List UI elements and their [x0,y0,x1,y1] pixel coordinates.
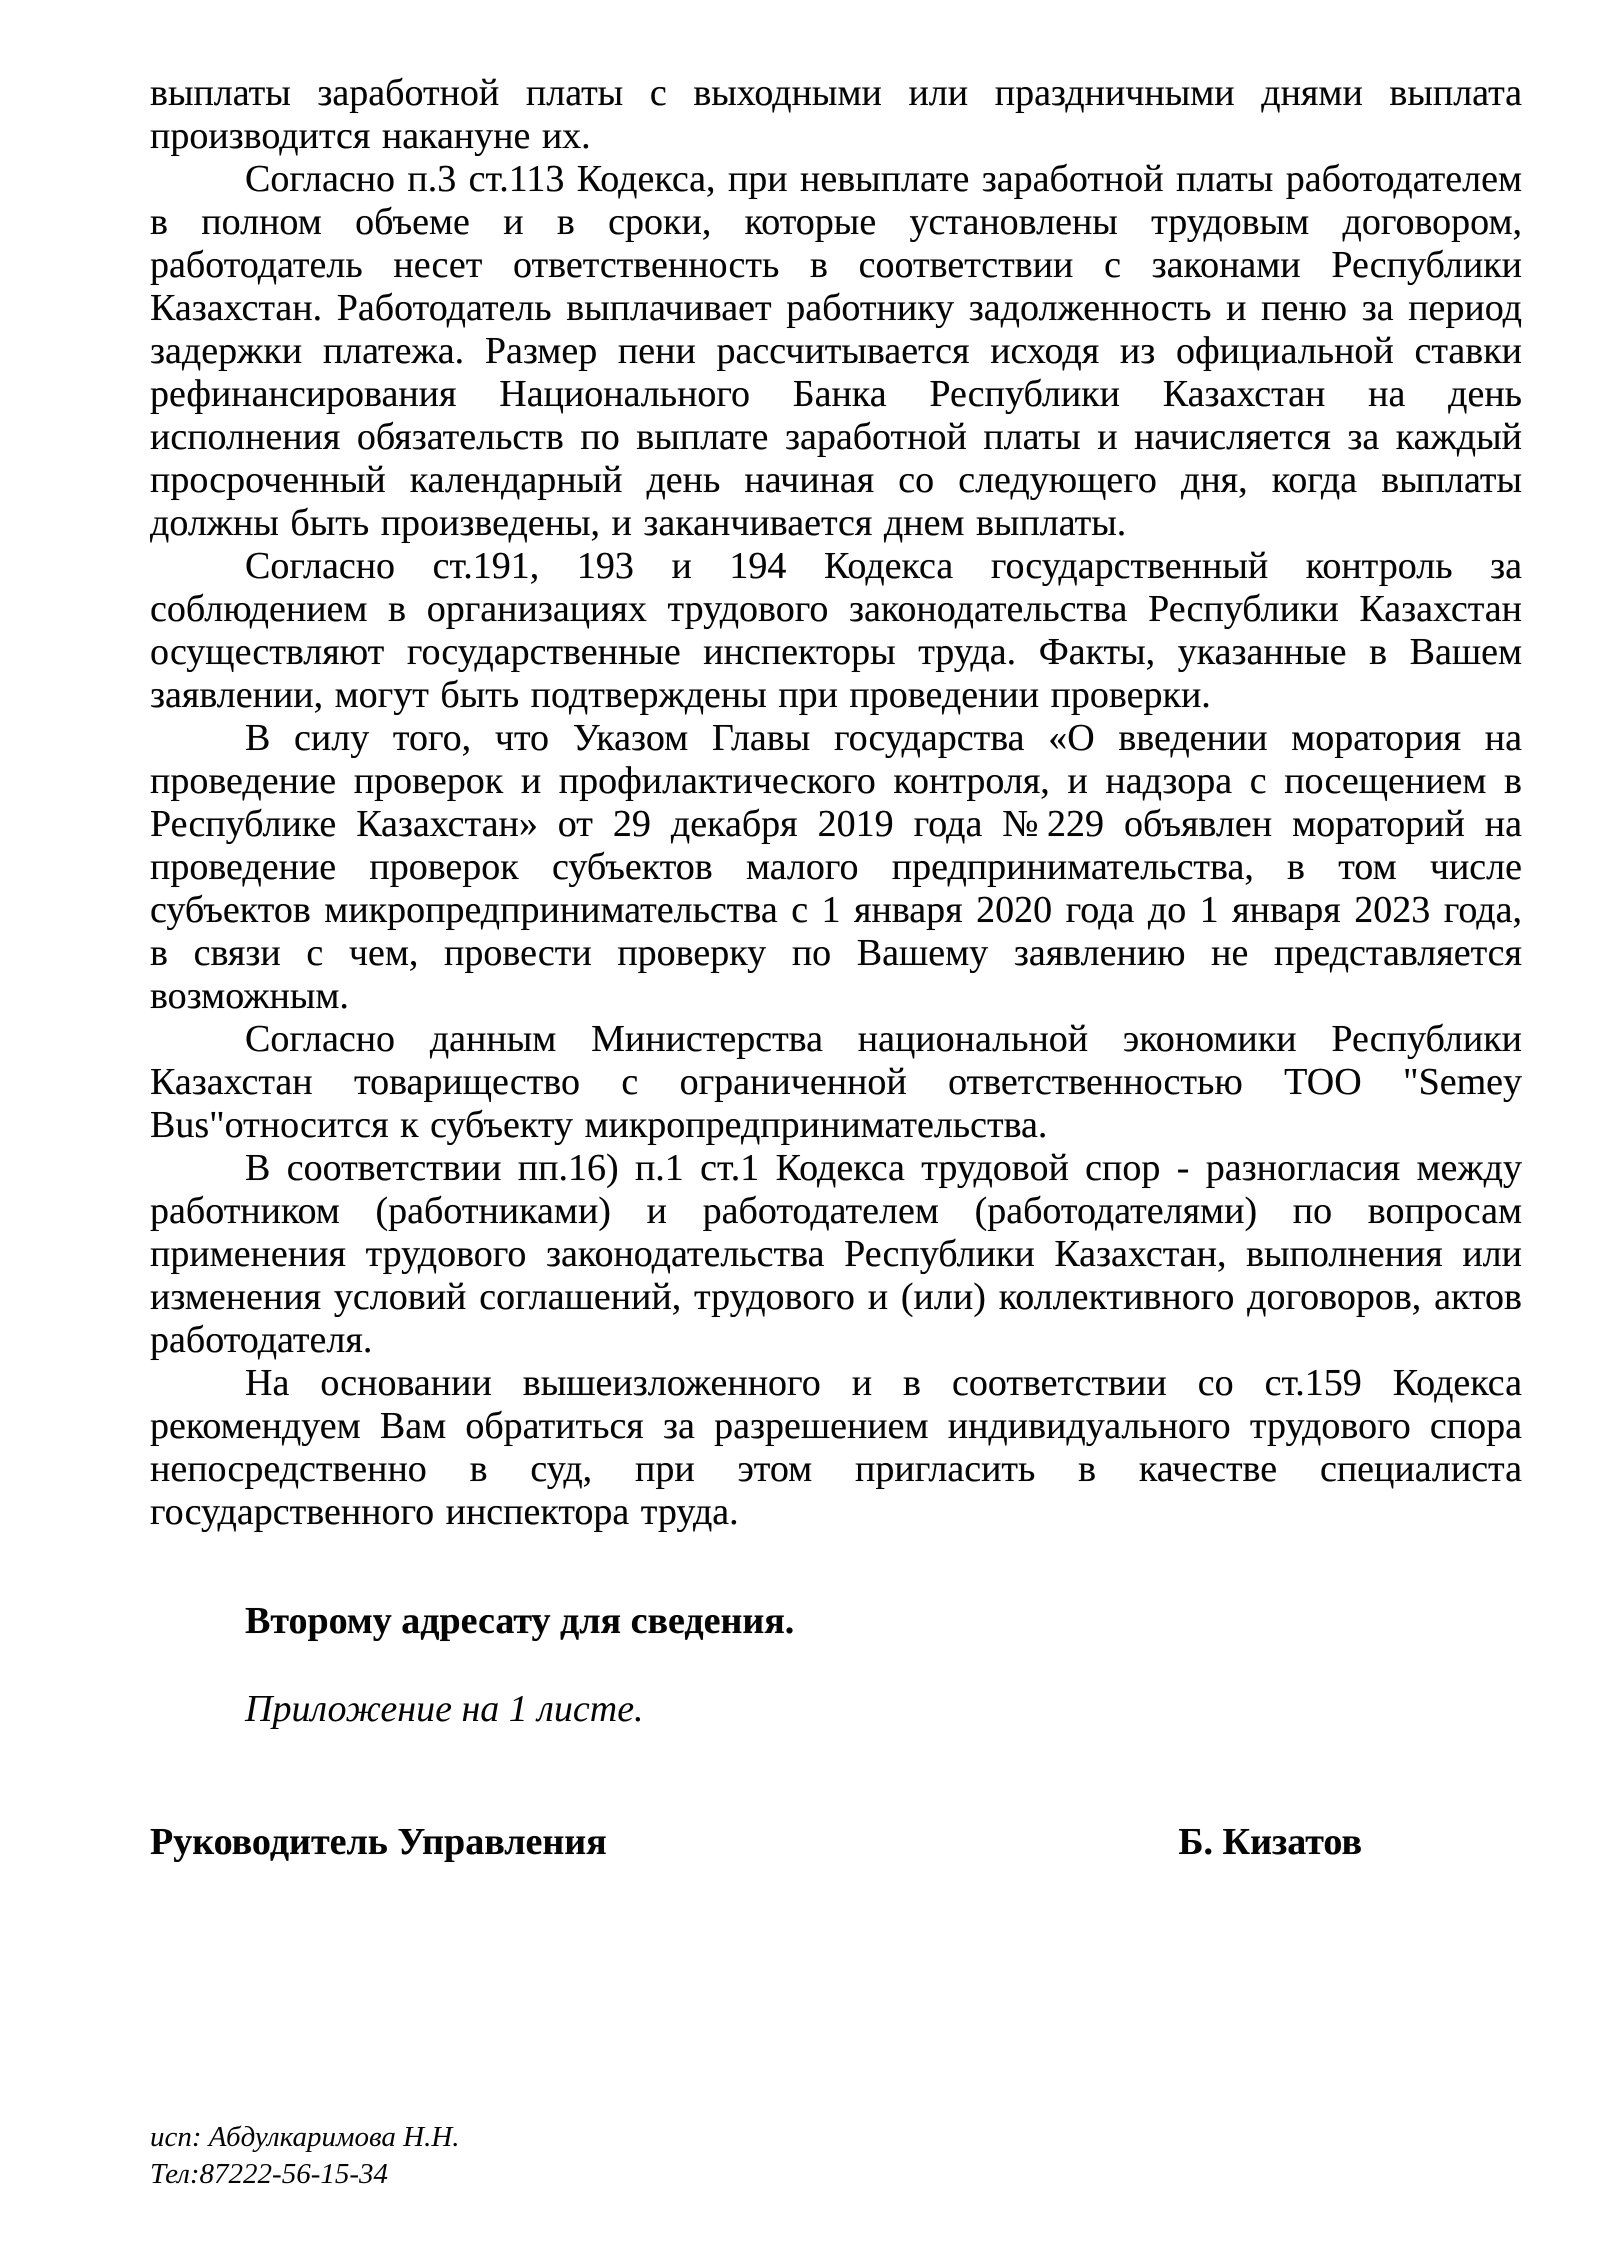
second-addressee-note: Второму адресату для сведения. [150,1600,1522,1643]
body-paragraph: Согласно ст.191, 193 и 194 Кодекса госуд… [150,545,1522,717]
signature-row: Руководитель Управления Б. Кизатов [150,1821,1522,1864]
attachment-note: Приложение на 1 листе. [150,1688,1522,1731]
signature-title: Руководитель Управления [150,1821,607,1864]
body-paragraph: выплаты заработной платы с выходными или… [150,72,1522,158]
signature-name: Б. Кизатов [1178,1821,1362,1864]
executor-block: исп: Абдулкаримова Н.Н. Тел:87222-56-15-… [150,2119,1522,2193]
body-paragraph: В соответствии пп.16) п.1 ст.1 Кодекса т… [150,1147,1522,1362]
phone-line: Тел:87222-56-15-34 [150,2156,1522,2193]
body-paragraph: Согласно данным Министерства национально… [150,1018,1522,1147]
executor-line: исп: Абдулкаримова Н.Н. [150,2119,1522,2156]
letter-page: выплаты заработной платы с выходными или… [0,0,1600,2263]
body-paragraph: Согласно п.3 ст.113 Кодекса, при невыпла… [150,158,1522,545]
body-paragraph: На основании вышеизложенного и в соответ… [150,1362,1522,1534]
body-paragraph: В силу того, что Указом Главы государств… [150,717,1522,1018]
